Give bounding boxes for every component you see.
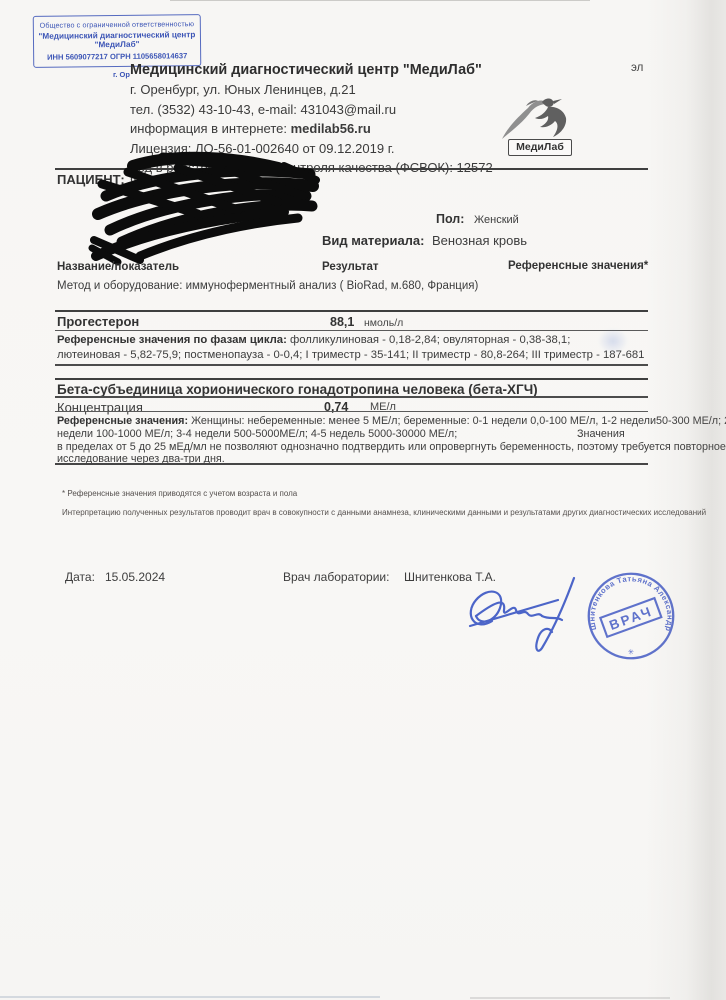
clinic-website-line: информация в интернете: medilab56.ru bbox=[130, 119, 493, 138]
hcg-bottom-line bbox=[55, 463, 648, 465]
hcg-ref-line2: недели 100-1000 МЕ/л; 3-4 недели 500-500… bbox=[57, 428, 457, 440]
progesterone-mid-line bbox=[55, 330, 648, 331]
hcg-title-underline bbox=[55, 396, 648, 398]
progesterone-ref-line1: Референсные значения по фазам цикла: фол… bbox=[57, 334, 570, 346]
sex-value: Женский bbox=[474, 214, 519, 226]
progesterone-unit: нмоль/л bbox=[364, 317, 403, 329]
footnote-interpretation: Интерпретацию полученных результатов про… bbox=[62, 508, 706, 517]
date-value: 15.05.2024 bbox=[105, 570, 165, 584]
clinic-title: Медицинский диагностический центр "МедиЛ… bbox=[130, 61, 493, 80]
clinic-phone-email: тел. (3532) 43-10-43, e-mail: 431043@mai… bbox=[130, 100, 493, 119]
scan-right-shadow bbox=[646, 0, 726, 1000]
hcg-mid-line bbox=[55, 411, 648, 412]
progesterone-value: 88,1 bbox=[330, 315, 354, 329]
date-label: Дата: bbox=[65, 570, 95, 584]
corner-mark-text: эл bbox=[631, 62, 643, 74]
sex-label: Пол: bbox=[436, 212, 464, 226]
hcg-ref-line2-right: Значения bbox=[577, 428, 625, 440]
scan-smudge bbox=[598, 328, 628, 354]
scanned-lab-report-page: Общество с ограниченной ответственностью… bbox=[0, 0, 726, 1000]
scan-bottom-edge-2 bbox=[470, 997, 670, 999]
column-header-name: Название/показатель bbox=[57, 261, 179, 273]
stamp-line-ooo: Общество с ограниченной ответственностью bbox=[38, 19, 196, 30]
progesterone-bottom-line bbox=[55, 364, 648, 366]
hcg-ref-label: Референсные значения: bbox=[57, 415, 188, 427]
organization-stamp: Общество с ограниченной ответственностью… bbox=[33, 14, 202, 68]
website-url: medilab56.ru bbox=[291, 121, 371, 136]
scan-bottom-edge bbox=[0, 996, 380, 998]
stamp-city-fragment: г. Ор bbox=[113, 70, 130, 79]
hcg-ref-line3: в пределах от 5 до 25 мЕд/мл не позволяю… bbox=[57, 441, 726, 453]
column-header-reference: Референсные значения* bbox=[508, 260, 648, 272]
stamp-line-medilab: "МедиЛаб" bbox=[38, 39, 196, 50]
stamp-star: ✳ bbox=[628, 647, 635, 656]
hcg-ref-line1: Референсные значения: Женщины: неберемен… bbox=[57, 415, 726, 427]
redaction-scribble bbox=[88, 144, 320, 266]
website-label: информация в интернете: bbox=[130, 121, 291, 136]
footnote-reference: * Референсные значения приводятся с учет… bbox=[62, 489, 297, 498]
progesterone-ref-label: Референсные значения по фазам цикла: bbox=[57, 334, 287, 346]
clinic-address: г. Оренбург, ул. Юных Ленинцев, д.21 bbox=[130, 80, 493, 99]
lab-doctor-label: Врач лаборатории: bbox=[283, 570, 389, 584]
progesterone-top-line bbox=[55, 310, 648, 312]
progesterone-ref-line2: лютеиновая - 5,82-75,9; постменопауза - … bbox=[57, 349, 644, 361]
material-label: Вид материала: bbox=[322, 233, 425, 248]
hcg-top-line bbox=[55, 378, 648, 380]
method-line: Метод и оборудование: иммуноферментный а… bbox=[57, 280, 478, 292]
hcg-row-name: Концентрация bbox=[57, 400, 143, 415]
medilab-logo-label: МедиЛаб bbox=[508, 139, 572, 156]
column-header-result: Результат bbox=[322, 261, 378, 273]
hcg-title: Бета-субъединица хорионического гонадотр… bbox=[57, 382, 538, 397]
medilab-logo-birds-icon bbox=[498, 92, 580, 142]
scan-top-edge bbox=[170, 0, 590, 1]
progesterone-ref-text1: фолликулиновая - 0,18-2,84; овуляторная … bbox=[287, 334, 571, 346]
material-value: Венозная кровь bbox=[432, 233, 527, 248]
progesterone-name: Прогестерон bbox=[57, 314, 139, 329]
